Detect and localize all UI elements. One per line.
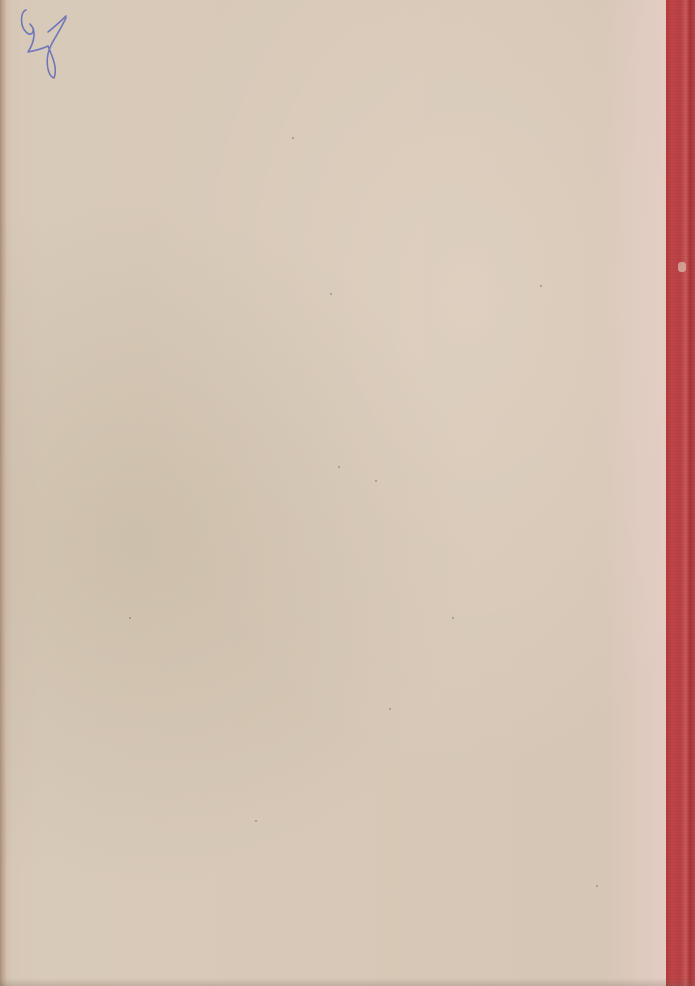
- page-left-edge: [0, 0, 6, 986]
- handwritten-pencil-mark: Z: [18, 6, 70, 84]
- paper-page: [0, 0, 666, 986]
- page-right-margin: [630, 0, 666, 986]
- spine-wear-spot: [678, 262, 686, 272]
- svg-text:Z: Z: [18, 6, 19, 7]
- book-spine: [666, 0, 695, 986]
- page-bottom-edge: [0, 978, 695, 986]
